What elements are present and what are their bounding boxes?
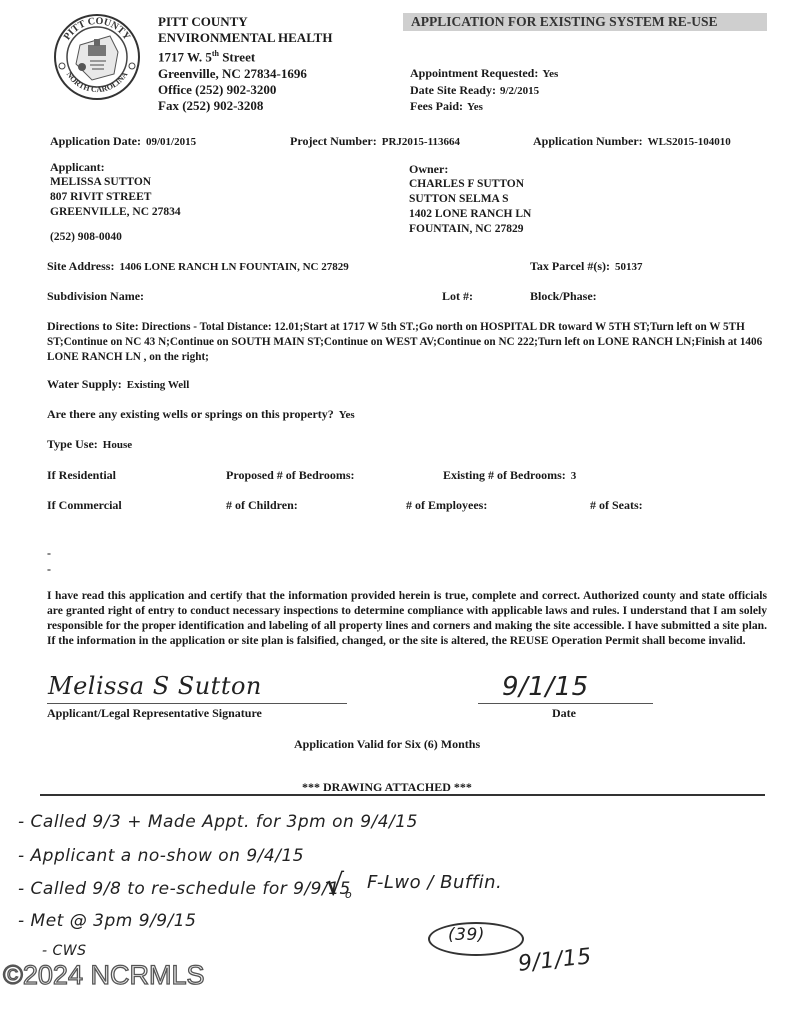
number-of-employees-label: # of Employees: [406,498,487,513]
block-phase-label: Block/Phase: [530,289,597,303]
owner-street: 1402 LONE RANCH LN [409,207,531,222]
applicant-city: GREENVILLE, NC 27834 [50,205,181,220]
certification-text: I have read this application and certify… [47,588,767,648]
type-use: Type Use:House [47,437,132,452]
tax-parcel-label: Tax Parcel #(s): [530,259,610,273]
application-number: Application Number:WLS2015-104010 [533,134,731,149]
agency-street-suffix: Street [219,50,255,65]
project-number-value: PRJ2015-113664 [382,136,460,148]
handwritten-annotation-date: 9/1/15 [517,944,593,977]
directions-to-site: Directions to Site: Directions - Total D… [47,319,767,365]
site-address-value: 1406 LONE RANCH LN FOUNTAIN, NC 27829 [119,261,348,273]
project-number-label: Project Number: [290,134,377,148]
drawing-attached: *** DRAWING ATTACHED *** [302,780,472,795]
flood-buffer-annotation: F-Lwo / Buffin. [367,872,502,893]
agency-header: PITT COUNTY ENVIRONMENTAL HEALTH 1717 W.… [158,14,332,115]
directions-label: Directions to Site: [47,319,139,333]
appointment-requested-value: Yes [542,68,558,80]
application-date-value: 09/01/2015 [146,136,196,148]
applicant-label: Applicant: [50,160,181,175]
block-phase: Block/Phase: [530,289,602,304]
agency-name-line2: ENVIRONMENTAL HEALTH [158,30,332,46]
water-supply-label: Water Supply: [47,377,122,391]
dash-1: - [47,546,51,561]
check-mark-sub: o [345,888,352,901]
application-validity: Application Valid for Six (6) Months [294,737,480,752]
number-of-children-label: # of Children: [226,498,298,513]
fees-paid: Fees Paid:Yes [410,99,558,116]
existing-wells-question-text: Are there any existing wells or springs … [47,407,334,421]
owner-city: FOUNTAIN, NC 27829 [409,222,531,237]
water-supply-value: Existing Well [127,379,189,391]
handwritten-note: - Called 9/3 + Made Appt. for 3pm on 9/4… [18,812,418,832]
agency-street: 1717 W. 5th Street [158,46,332,66]
subdivision-name: Subdivision Name: [47,289,149,304]
existing-bedrooms: Existing # of Bedrooms:3 [443,468,576,483]
handwritten-date: 9/1/15 [502,672,589,702]
agency-fax: Fax (252) 902-3208 [158,98,332,114]
handwritten-signature: Melissa S Sutton [48,672,262,700]
application-number-value: WLS2015-104010 [648,136,731,148]
owner-name-1: CHARLES F SUTTON [409,177,531,192]
existing-bedrooms-label: Existing # of Bedrooms: [443,468,566,482]
date-site-ready: Date Site Ready:9/2/2015 [410,83,558,100]
site-address: Site Address:1406 LONE RANCH LN FOUNTAIN… [47,259,349,274]
date-site-ready-label: Date Site Ready: [410,83,496,97]
owner-block: Owner: CHARLES F SUTTON SUTTON SELMA S 1… [409,162,531,237]
signature-label: Applicant/Legal Representative Signature [47,706,262,721]
agency-office-phone: Office (252) 902-3200 [158,82,332,98]
dash-2: - [47,562,51,577]
owner-label: Owner: [409,162,531,177]
application-date: Application Date:09/01/2015 [50,134,196,149]
agency-street-sup: th [212,49,219,58]
applicant-phone: (252) 908-0040 [50,230,122,245]
applicant-block: Applicant: MELISSA SUTTON 807 RIVIT STRE… [50,160,181,220]
type-use-value: House [103,439,132,451]
existing-bedrooms-value: 3 [571,470,577,482]
fees-paid-label: Fees Paid: [410,99,463,113]
proposed-bedrooms-label: Proposed # of Bedrooms: [226,468,355,482]
project-number: Project Number:PRJ2015-113664 [290,134,460,149]
svg-text:PITT COUNTY: PITT COUNTY [62,16,133,43]
existing-wells-answer: Yes [339,409,355,421]
signature-line [47,703,347,704]
type-use-label: Type Use: [47,437,98,451]
if-residential-label: If Residential [47,468,116,483]
subdivision-name-label: Subdivision Name: [47,289,144,303]
applicant-name: MELISSA SUTTON [50,175,181,190]
agency-name-line1: PITT COUNTY [158,14,332,30]
copyright-watermark: ©2024 NCRMLS [3,960,204,991]
applicant-street: 807 RIVIT STREET [50,190,181,205]
appointment-requested-label: Appointment Requested: [410,66,538,80]
appointment-requested: Appointment Requested:Yes [410,66,558,83]
circled-number: (39) [448,925,485,945]
date-line [478,703,653,704]
county-seal-icon: PITT COUNTY NORTH CAROLINA [52,12,142,102]
lot-number-label: Lot #: [442,289,473,303]
site-address-label: Site Address: [47,259,114,273]
number-of-seats-label: # of Seats: [590,498,643,513]
handwritten-note: - Met @ 3pm 9/9/15 [18,911,196,931]
existing-wells-question: Are there any existing wells or springs … [47,407,355,422]
agency-city: Greenville, NC 27834-1696 [158,66,332,82]
directions-text: Directions - Total Distance: 12.01;Start… [47,321,762,363]
date-label: Date [552,706,576,721]
proposed-bedrooms: Proposed # of Bedrooms: [226,468,360,483]
handwritten-note: - Applicant a no-show on 9/4/15 [18,846,304,866]
handwritten-note: - CWS [42,943,87,959]
handwritten-note: - Called 9/8 to re-schedule for 9/9/15 [18,879,351,899]
divider-line [40,794,765,796]
application-date-label: Application Date: [50,134,141,148]
agency-street-number: 1717 W. 5 [158,50,212,65]
tax-parcel: Tax Parcel #(s):50137 [530,259,643,274]
water-supply: Water Supply:Existing Well [47,377,189,392]
status-block: Appointment Requested:Yes Date Site Read… [410,66,558,116]
if-commercial-label: If Commercial [47,498,122,513]
application-number-label: Application Number: [533,134,643,148]
tax-parcel-value: 50137 [615,261,643,273]
lot-number: Lot #: [442,289,478,304]
form-title: APPLICATION FOR EXISTING SYSTEM RE-USE [403,13,767,31]
fees-paid-value: Yes [467,101,483,113]
owner-name-2: SUTTON SELMA S [409,192,531,207]
check-mark-icon: √ [325,868,345,903]
date-site-ready-value: 9/2/2015 [500,85,539,97]
